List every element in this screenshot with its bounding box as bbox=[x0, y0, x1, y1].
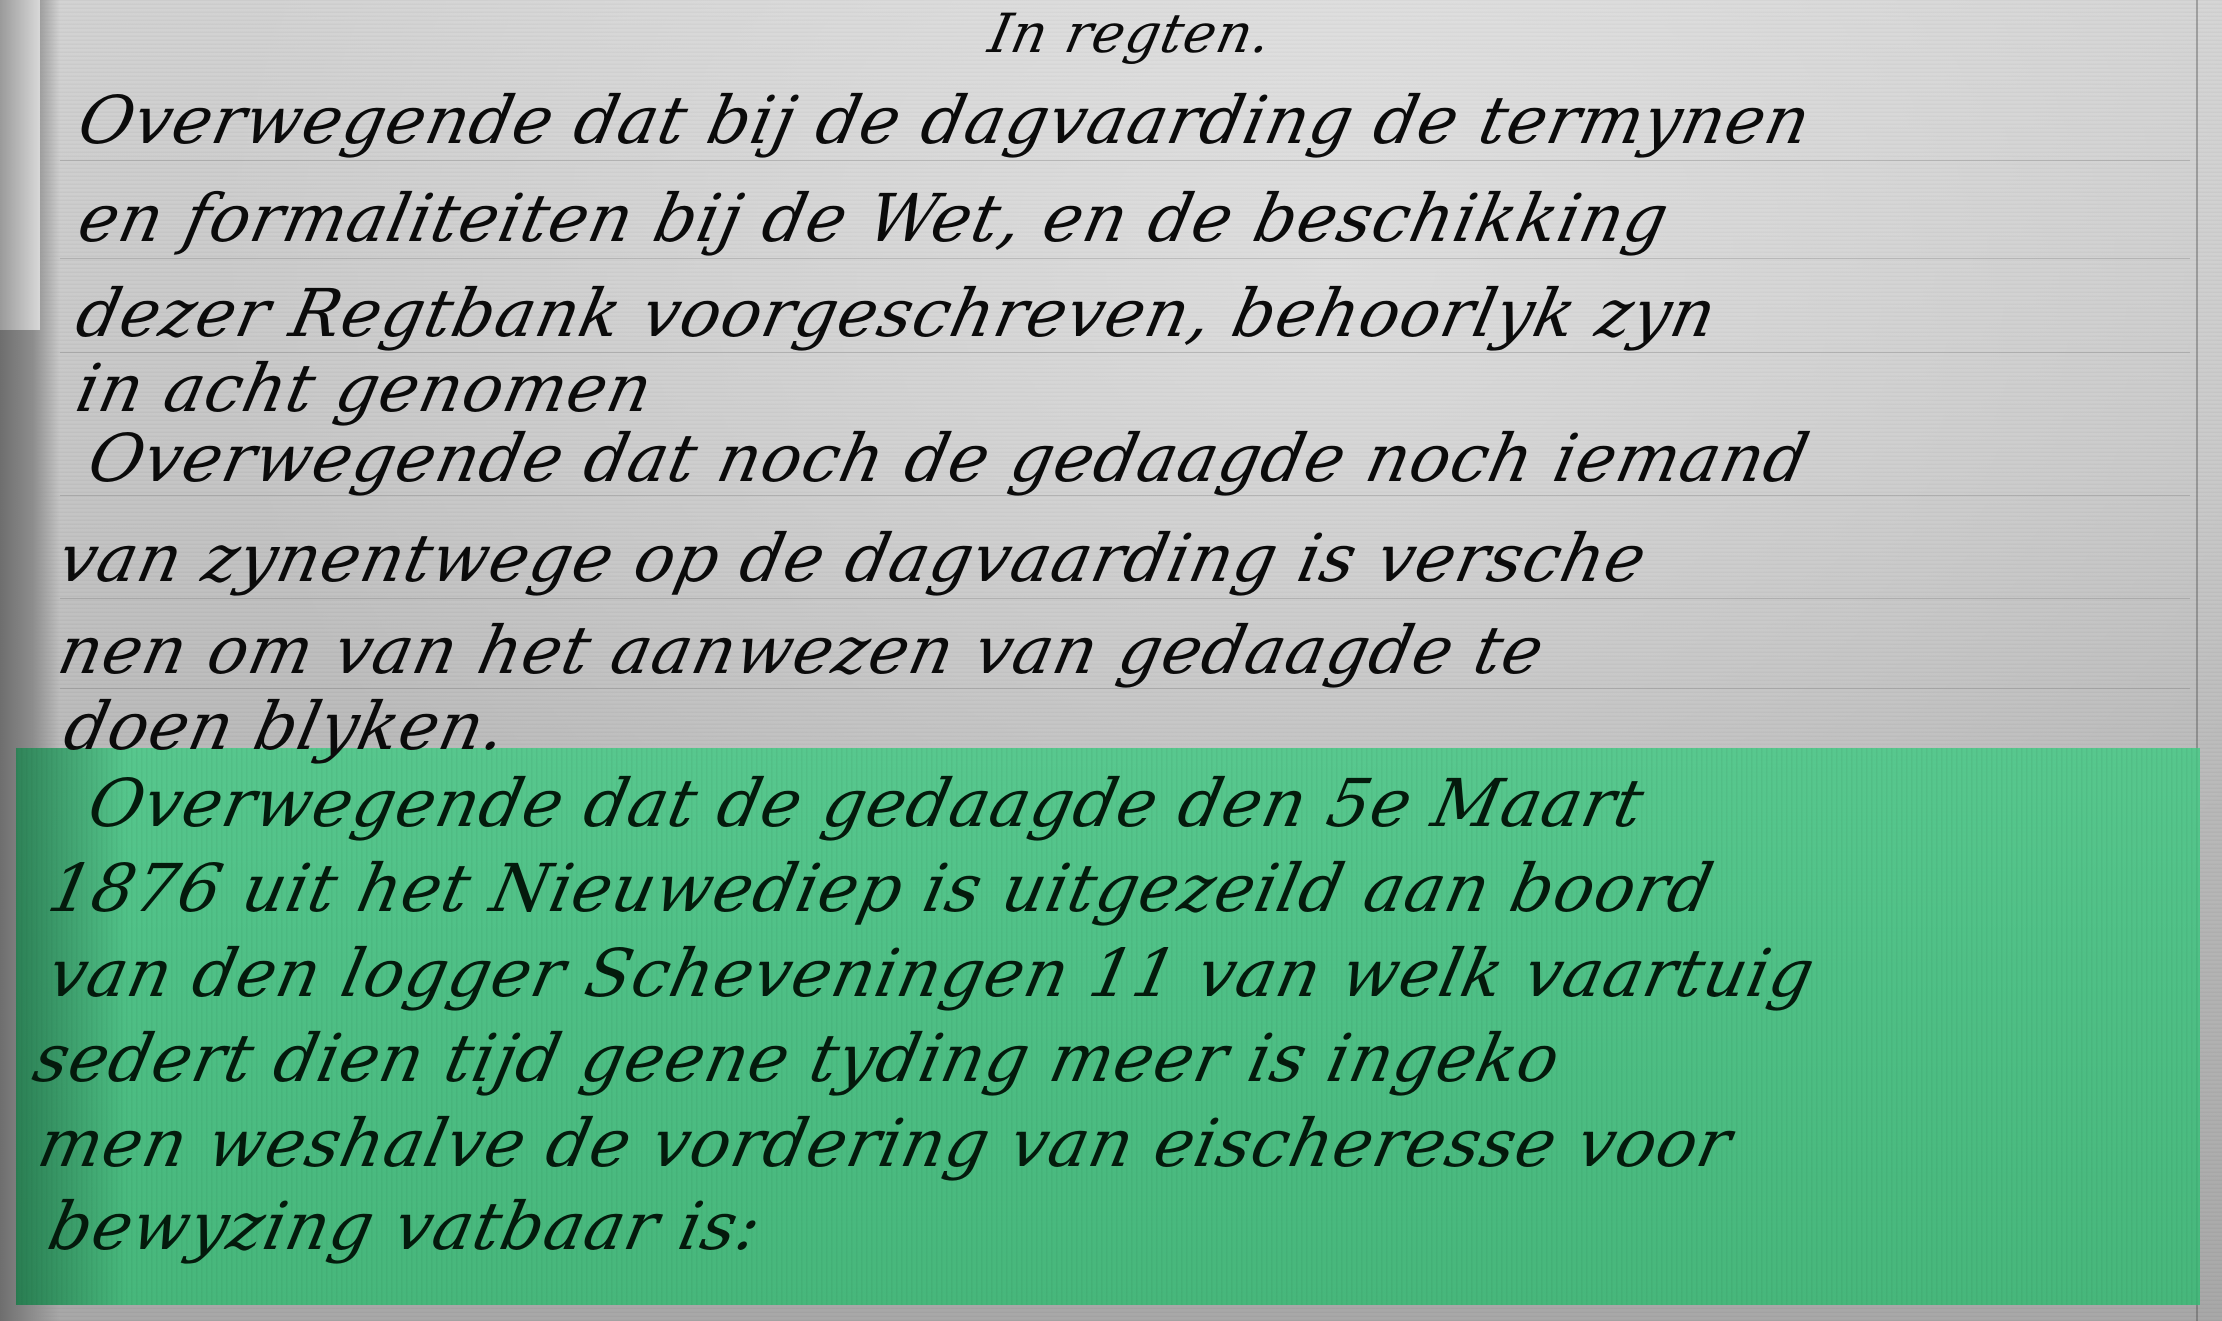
text-line: Overwegende dat noch de gedaagde noch ie… bbox=[82, 420, 1816, 497]
page-edge-fade bbox=[0, 0, 40, 330]
ruled-line bbox=[60, 598, 2190, 599]
text-line: en formaliteiten bij de Wet, en de besch… bbox=[72, 180, 1676, 257]
document-heading: In regten. bbox=[983, 2, 1278, 65]
text-line: van zynentwege op de dagvaarding is vers… bbox=[52, 520, 1654, 597]
highlighted-text-line: sedert dien tijd geene tyding meer is in… bbox=[27, 1020, 1568, 1097]
ruled-line bbox=[60, 258, 2190, 259]
highlighted-text-line: Overwegende dat de gedaagde den 5e Maart bbox=[82, 765, 1651, 842]
highlighted-text-line: van den logger Scheveningen 11 van welk … bbox=[42, 935, 1822, 1012]
highlighted-text-line: 1876 uit het Nieuwediep is uitgezeild aa… bbox=[42, 850, 1721, 927]
text-line: Overwegende dat bij de dagvaarding de te… bbox=[72, 82, 1818, 159]
text-line: doen blyken. bbox=[58, 688, 514, 765]
highlighted-text-line: men weshalve de vordering van eischeress… bbox=[32, 1105, 1739, 1182]
text-line: dezer Regtbank voorgeschreven, behoorlyk… bbox=[70, 275, 1724, 352]
text-line: in acht genomen bbox=[70, 350, 660, 427]
highlighted-text-line: bewyzing vatbaar is: bbox=[42, 1188, 769, 1265]
ruled-line bbox=[60, 160, 2190, 161]
text-line: nen om van het aanwezen van gedaagde te bbox=[52, 612, 1551, 689]
